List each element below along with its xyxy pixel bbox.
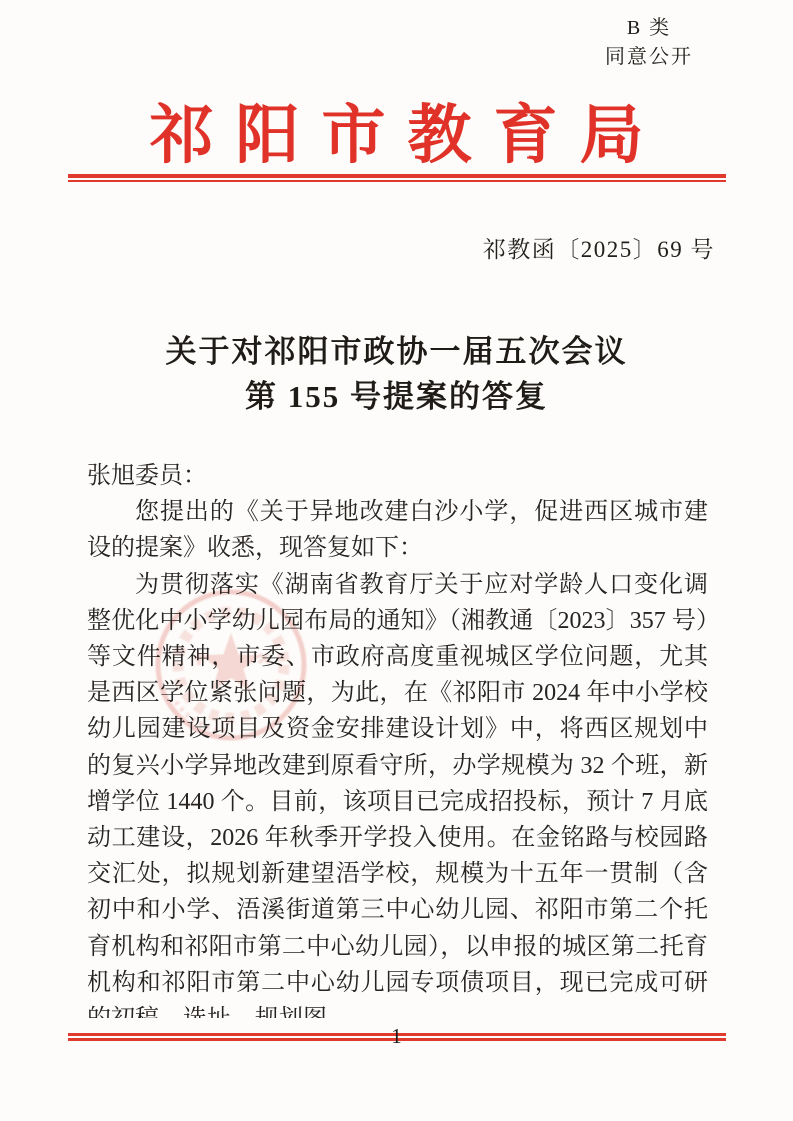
- document-title-line2: 第 155 号提案的答复: [0, 374, 793, 419]
- agency-masthead: 祁阳市教育局: [0, 84, 793, 176]
- classification-block: B 类 同意公开: [605, 14, 693, 72]
- classification-level: B 类: [605, 14, 693, 43]
- page-number: 1: [0, 1024, 793, 1049]
- document-title-line1: 关于对祁阳市政协一届五次会议: [0, 329, 793, 374]
- letter-body: 张旭委员： 您提出的《关于异地改建白沙小学，促进西区城市建设的提案》收悉，现答复…: [87, 458, 708, 1018]
- publicity-status: 同意公开: [605, 43, 693, 72]
- paragraph-intro: 您提出的《关于异地改建白沙小学，促进西区城市建设的提案》收悉，现答复如下：: [87, 494, 708, 566]
- paragraph-reply: 为贯彻落实《湖南省教育厅关于应对学龄人口变化调整优化中小学幼儿园布局的通知》（湘…: [87, 567, 708, 1018]
- salutation: 张旭委员：: [87, 458, 708, 494]
- document-number: 祁教函〔2025〕69 号: [483, 231, 715, 264]
- masthead-rule: [68, 174, 726, 182]
- scanned-official-letter-page: B 类 同意公开 祁阳市教育局 祁教函〔2025〕69 号 关于对祁阳市政协一届…: [0, 0, 793, 1121]
- document-title: 关于对祁阳市政协一届五次会议 第 155 号提案的答复: [0, 329, 793, 419]
